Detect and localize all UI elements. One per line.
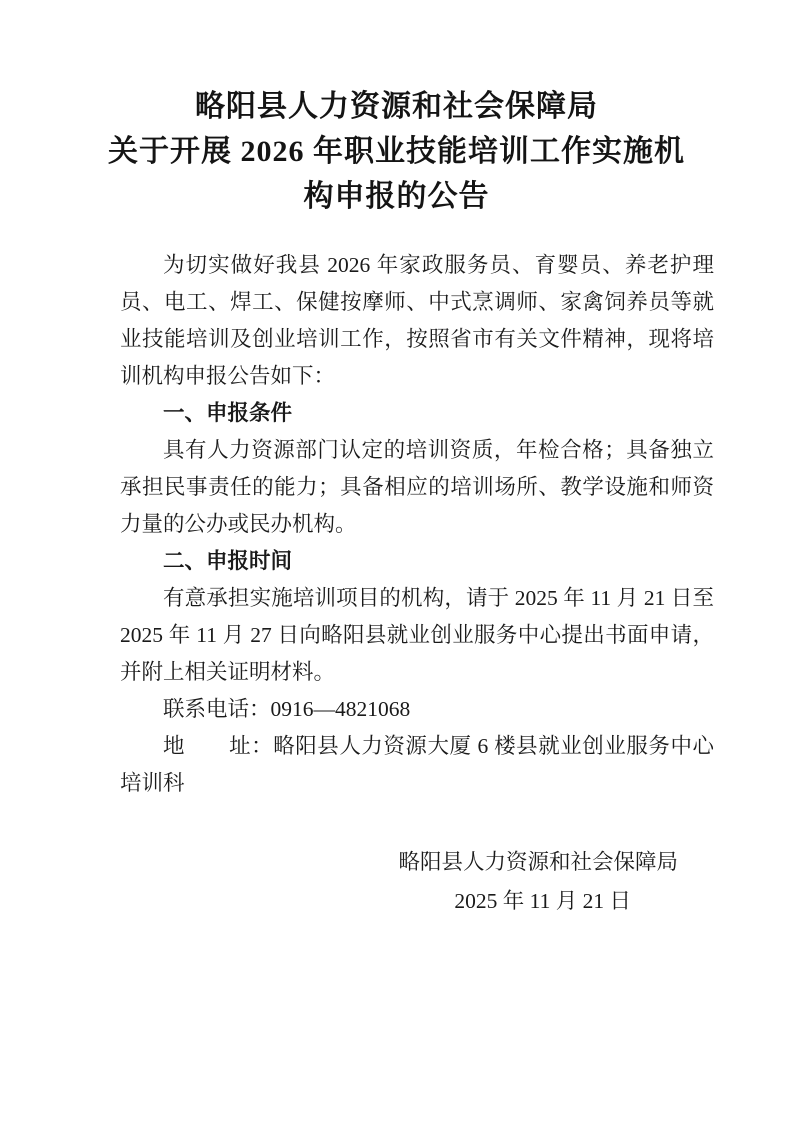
section-2-heading: 二、申报时间 — [120, 543, 714, 580]
contact-address-line: 地 址：略阳县人力资源大厦 6 楼县就业创业服务中心培训科 — [120, 728, 714, 802]
document-title: 略阳县人力资源和社会保障局 关于开展 2026 年职业技能培训工作实施机 构申报… — [60, 84, 733, 219]
signature-block: 略阳县人力资源和社会保障局 2025 年 11 月 21 日 — [120, 843, 714, 921]
signature-issuer: 略阳县人力资源和社会保障局 — [120, 843, 714, 882]
title-line-3: 构申报的公告 — [60, 174, 733, 219]
document-body: 为切实做好我县 2026 年家政服务员、育婴员、养老护理员、电工、焊工、保健按摩… — [120, 247, 714, 802]
intro-paragraph: 为切实做好我县 2026 年家政服务员、育婴员、养老护理员、电工、焊工、保健按摩… — [120, 247, 714, 395]
announcement-page: 略阳县人力资源和社会保障局 关于开展 2026 年职业技能培训工作实施机 构申报… — [0, 0, 793, 1122]
section-2-body: 有意承担实施培训项目的机构，请于 2025 年 11 月 21 日至 2025 … — [120, 580, 714, 691]
section-1-heading: 一、申报条件 — [120, 395, 714, 432]
contact-phone-line: 联系电话：0916—4821068 — [120, 691, 714, 728]
signature-date: 2025 年 11 月 21 日 — [120, 882, 714, 921]
section-1-body: 具有人力资源部门认定的培训资质，年检合格；具备独立承担民事责任的能力；具备相应的… — [120, 432, 714, 543]
title-line-2: 关于开展 2026 年职业技能培训工作实施机 — [60, 129, 733, 174]
title-line-1: 略阳县人力资源和社会保障局 — [60, 84, 733, 129]
